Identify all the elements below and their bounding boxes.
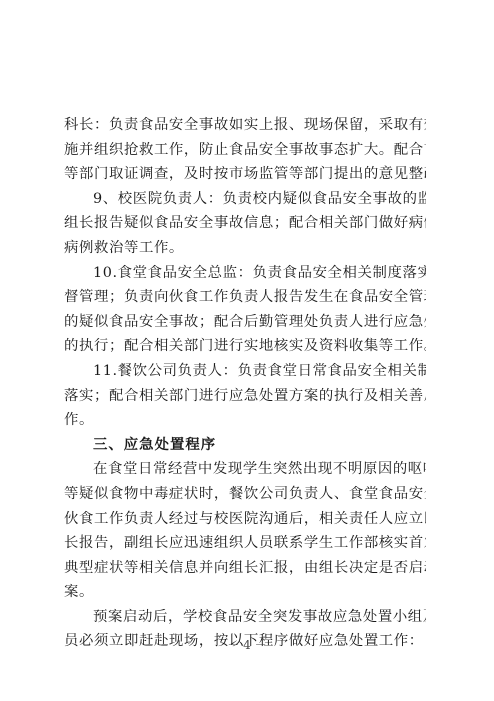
document-body: 科长：负责食品安全事故如实上报、现场保留，采取有效控制措 施并组织抢救工作，防止… <box>64 113 426 654</box>
text-line: 案。 <box>64 580 426 605</box>
text-line: 科长：负责食品安全事故如实上报、现场保留，采取有效控制措 <box>64 113 426 138</box>
text-line: 预案启动后，学校食品安全突发事故应急处置小组及相关人 <box>64 605 426 630</box>
text-line: 等部门取证调查，及时按市场监管等部门提出的意见整改到位。 <box>64 162 426 187</box>
text-line: 在食堂日常经营中发现学生突然出现不明原因的呕吐、腹泻 <box>64 457 426 482</box>
text-line: 伙食工作负责人经过与校医院沟通后，相关责任人应立即向副组 <box>64 507 426 532</box>
text-line: 长报告，副组长应迅速组织人员联系学生工作部核实首发病例、 <box>64 531 426 556</box>
text-line: 等疑似食物中毒症状时，餐饮公司负责人、食堂食品安全总监、 <box>64 482 426 507</box>
text-line: 病例救治等工作。 <box>64 236 426 261</box>
text-line: 典型症状等相关信息并向组长汇报，由组长决定是否启动应急预 <box>64 556 426 581</box>
text-line: 的执行；配合相关部门进行实地核实及资料收集等工作。 <box>64 334 426 359</box>
text-line: 落实；配合相关部门进行应急处置方案的执行及相关善后处理工 <box>64 384 426 409</box>
text-line: 施并组织抢救工作，防止食品安全事故事态扩大。配合市场监管 <box>64 138 426 163</box>
text-line: 的疑似食品安全事故；配合后勤管理处负责人进行应急处置方案 <box>64 310 426 335</box>
text-line: 作。 <box>64 408 426 433</box>
item-11-start: 11.餐饮公司负责人：负责食堂日常食品安全相关制度的贯彻 <box>64 359 426 384</box>
text-line: 组长报告疑似食品安全事故信息；配合相关部门做好病例排查、 <box>64 211 426 236</box>
page-number: － 4 － <box>0 636 494 653</box>
section-heading: 三、应急处置程序 <box>64 433 426 458</box>
item-9-start: 9、校医院负责人：负责校内疑似食品安全事故的监测；向副 <box>64 187 426 212</box>
item-10-start: 10.食堂食品安全总监：负责食品安全相关制度落实情况的监 <box>64 261 426 286</box>
text-line: 督管理；负责向伙食工作负责人报告发生在食品安全管理范围内 <box>64 285 426 310</box>
